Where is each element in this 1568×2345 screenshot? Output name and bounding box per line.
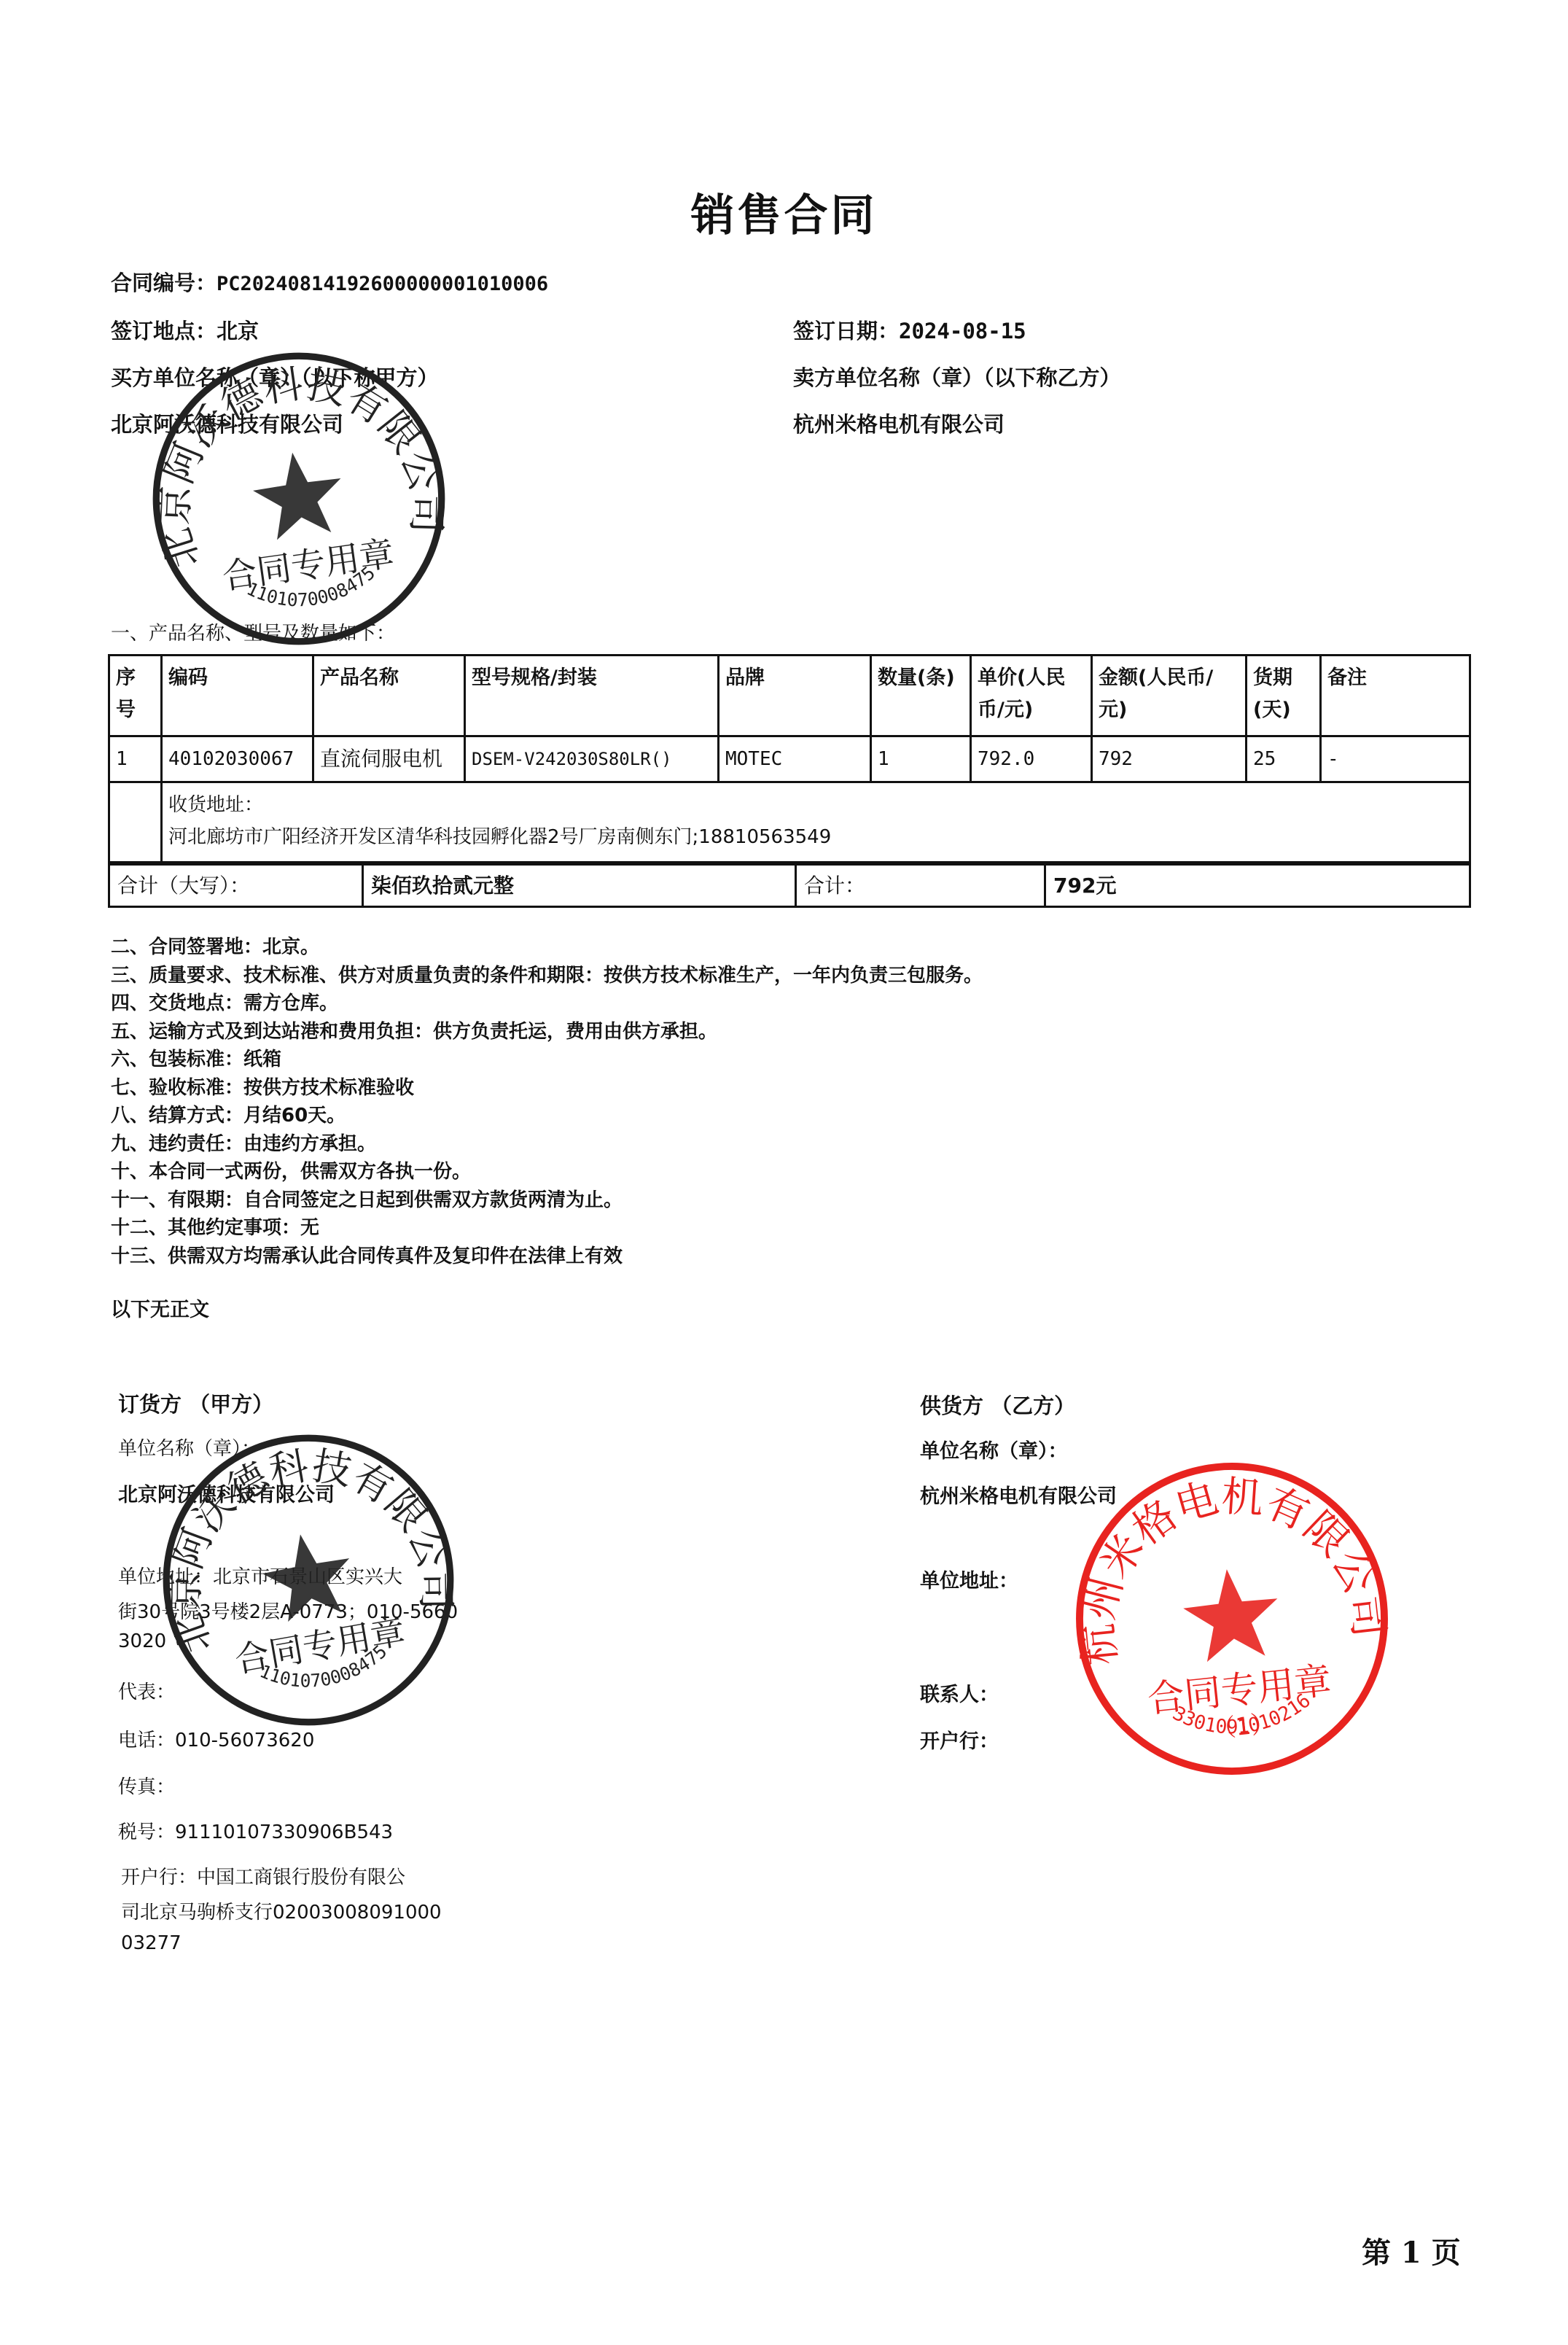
clause: 七、验收标准：按供方技术标准验收 [111,1074,983,1102]
seller-contact-label: 联系人： [920,1679,999,1707]
totals-table: 合计（大写）： 柒佰玖拾贰元整 合计： 792元 [108,861,1471,908]
clause: 十一、有限期：自合同签定之日起到供需双方款货两清为止。 [111,1186,983,1215]
header-index: 序号 [109,656,162,736]
clause: 十二、其他约定事项：无 [111,1214,983,1242]
buyer-stamp-bottom: 北京阿沃德科技有限公司1101070008475合同专用章 [159,1431,458,1730]
cell-index: 1 [109,736,162,782]
header-quantity: 数量(条) [871,656,971,736]
cell-amount: 792 [1092,736,1247,782]
buyer-bank-label: 开户行： [121,1867,197,1889]
clause: 四、交货地点：需方仓库。 [111,989,983,1018]
cell-product-name: 直流伺服电机 [313,736,465,782]
svg-text:合同专用章: 合同专用章 [220,534,397,597]
clause: 十、本合同一式两份，供需双方各执一份。 [111,1158,983,1186]
buyer-phone-label: 电话： [118,1730,175,1751]
cell-model: DSEM-V242030S80LR() [465,736,719,782]
sign-place-value: 北京 [217,319,259,343]
buyer-tax-label: 税号： [118,1821,175,1843]
header-amount: 金额(人民币/元) [1092,656,1247,736]
clause: 五、运输方式及到达站港和费用负担：供方负责托运，费用由供方承担。 [111,1018,983,1046]
sign-place: 签订地点：北京 [111,315,259,345]
table-header-row: 序号 编码 产品名称 型号规格/封装 品牌 数量(条) 单价(人民币/元) 金额… [109,656,1470,736]
seller-name-label: 单位名称（章）： [920,1435,1068,1463]
stamp-seal-icon: 杭州米格电机有限公司3301091010216合同专用章（1） [1072,1458,1392,1779]
contract-number: 合同编号：PC20240814192600000001010006 [111,267,548,297]
sign-date-value: 2024-08-15 [899,319,1026,343]
buyer-bank-line1: 中国工商银行股份有限公 [197,1867,405,1889]
seller-block-heading: 供货方 （乙方） [920,1390,1075,1420]
delivery-address-value: 河北廊坊市广阳经济开发区清华科技园孵化器2号厂房南侧东门;18810563549 [168,821,1463,853]
seller-bank-label: 开户行： [920,1725,999,1754]
stamp-seal-icon: 北京阿沃德科技有限公司1101070008475合同专用章 [149,349,449,649]
sign-date: 签订日期：2024-08-15 [793,315,1026,345]
clause: 六、包装标准：纸箱 [111,1046,983,1074]
header-model: 型号规格/封装 [465,656,719,736]
page-number: 第 1 页 [1362,2230,1461,2271]
svg-text:（1）: （1） [1210,1708,1276,1743]
cell-quantity: 1 [871,736,971,782]
header-brand: 品牌 [719,656,871,736]
cell-lead-time: 25 [1247,736,1321,782]
contract-number-value: PC20240814192600000001010006 [217,273,548,295]
svg-text:北京阿沃德科技有限公司: 北京阿沃德科技有限公司 [159,1431,458,1660]
buyer-tax: 税号：91110107330906B543 [118,1817,393,1844]
cell-remark: - [1321,736,1470,782]
cell-unit-price: 792.0 [971,736,1092,782]
clause: 十三、供需双方均需承认此合同传真件及复印件在法律上有效 [111,1242,983,1271]
total-upper-value: 柒佰玖拾贰元整 [363,863,796,907]
total-label: 合计： [796,863,1045,907]
delivery-address-label: 收货地址： [168,789,1463,821]
svg-text:北京阿沃德科技有限公司: 北京阿沃德科技有限公司 [149,349,449,575]
sign-date-label: 签订日期： [793,319,899,343]
buyer-bank-line3: 03277 [121,1932,182,1954]
table-row: 1 40102030067 直流伺服电机 DSEM-V242030S80LR()… [109,736,1470,782]
sign-place-label: 签订地点： [111,319,217,343]
document-title: 销售合同 [0,181,1568,244]
seller-address-label: 单位地址： [920,1565,1018,1593]
clause: 三、质量要求、技术标准、供方对质量负责的条件和期限：按供方技术标准生产，一年内负… [111,962,983,990]
clause: 二、合同签署地：北京。 [111,933,983,962]
buyer-fax-label: 传真： [118,1772,175,1799]
buyer-bank-line2: 司北京马驹桥支行02003008091000 [121,1897,442,1924]
stamp-seal-icon: 北京阿沃德科技有限公司1101070008475合同专用章 [159,1431,458,1730]
seller-label: 卖方单位名称（章）（以下称乙方） [793,362,1121,392]
header-code: 编码 [162,656,313,736]
buyer-phone-value: 010-56073620 [175,1730,314,1751]
buyer-block-heading: 订货方 （甲方） [118,1388,273,1418]
header-unit-price: 单价(人民币/元) [971,656,1092,736]
buyer-bank: 开户行：中国工商银行股份有限公 [121,1862,405,1889]
totals-row: 合计（大写）： 柒佰玖拾贰元整 合计： 792元 [109,863,1470,907]
seller-name: 杭州米格电机有限公司 [793,408,1005,438]
contract-clauses: 二、合同签署地：北京。 三、质量要求、技术标准、供方对质量负责的条件和期限：按供… [111,933,983,1270]
clause: 九、违约责任：由违约方承担。 [111,1130,983,1159]
address-row: 收货地址： 河北廊坊市广阳经济开发区清华科技园孵化器2号厂房南侧东门;18810… [109,782,1470,865]
buyer-stamp-top: 北京阿沃德科技有限公司1101070008475合同专用章 [149,349,449,649]
header-lead-time: 货期(天) [1247,656,1321,736]
cell-code: 40102030067 [162,736,313,782]
address-spacer [109,782,162,865]
delivery-address: 收货地址： 河北廊坊市广阳经济开发区清华科技园孵化器2号厂房南侧东门;18810… [162,782,1470,865]
cell-brand: MOTEC [719,736,871,782]
seller-stamp: 杭州米格电机有限公司3301091010216合同专用章（1） [1072,1458,1392,1779]
items-table: 序号 编码 产品名称 型号规格/封装 品牌 数量(条) 单价(人民币/元) 金额… [108,654,1471,866]
header-product-name: 产品名称 [313,656,465,736]
contract-number-label: 合同编号： [111,271,217,295]
header-remark: 备注 [1321,656,1470,736]
clause: 八、结算方式：月结60天。 [111,1102,983,1130]
total-upper-label: 合计（大写）： [109,863,363,907]
buyer-tax-value: 91110107330906B543 [175,1821,393,1843]
total-value: 792元 [1045,863,1470,907]
end-note: 以下无正文 [111,1294,209,1322]
